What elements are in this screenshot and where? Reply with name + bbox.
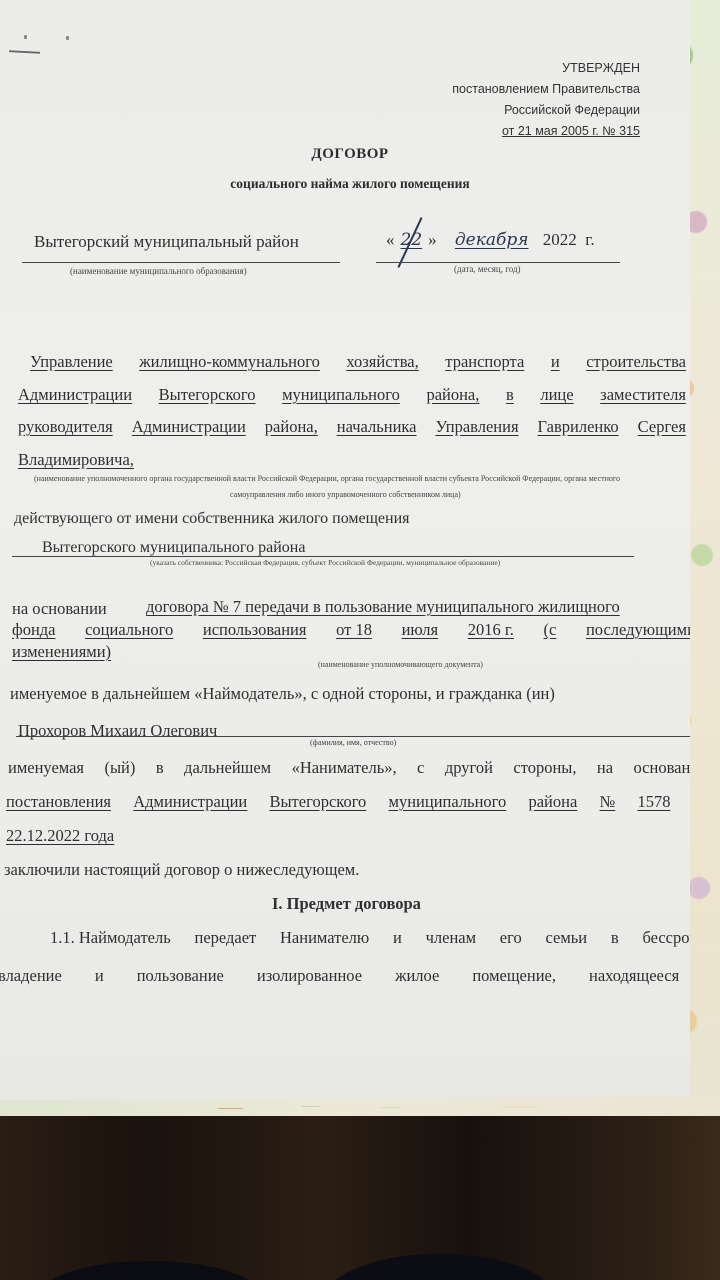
basis-label: на основании bbox=[12, 599, 107, 619]
word: 1578 bbox=[637, 792, 670, 812]
word: начальника bbox=[337, 417, 417, 437]
word: с bbox=[417, 758, 424, 778]
word: изолированное bbox=[257, 966, 362, 986]
landlord-caption: (наименование уполномоченного органа гос… bbox=[34, 474, 620, 483]
word: в bbox=[611, 928, 619, 948]
word: постановления bbox=[6, 792, 111, 812]
word: именуемая bbox=[8, 758, 84, 778]
word: пользование bbox=[137, 966, 224, 986]
word: лице bbox=[540, 385, 573, 405]
word: от 18 bbox=[336, 620, 372, 640]
landlord-last-line: Владимировича, bbox=[18, 450, 134, 470]
tenant-intro: именуемое в дальнейшем «Наймодатель», с … bbox=[10, 684, 555, 704]
word: владение bbox=[0, 966, 62, 986]
word: «Наниматель», bbox=[292, 758, 397, 778]
word: (ый) bbox=[104, 758, 135, 778]
section-paragraph-line: 1.1. Наймодатель передает Нанимателю и ч… bbox=[50, 928, 720, 948]
basis-value-line3: изменениями) bbox=[12, 642, 111, 662]
approval-decree-ref: от 21 мая 2005 г. № 315 bbox=[452, 121, 640, 142]
pen-mark bbox=[66, 36, 69, 40]
word: района, bbox=[265, 417, 318, 437]
word: Вытегорского bbox=[159, 385, 256, 405]
pen-mark bbox=[24, 35, 27, 39]
landlord-line: Администрации Вытегорского муниципальног… bbox=[18, 385, 686, 405]
basis-value: договора № 7 передачи в пользование муни… bbox=[146, 597, 620, 617]
word: жилищно-коммунального bbox=[139, 352, 320, 372]
word: № bbox=[600, 792, 616, 812]
municipality-caption: (наименование муниципального образования… bbox=[70, 266, 247, 276]
word: жилое bbox=[395, 966, 439, 986]
word: Управления bbox=[436, 417, 519, 437]
word: семьи bbox=[545, 928, 587, 948]
landlord-caption: самоуправления либо иного управомоченног… bbox=[230, 490, 461, 499]
date-field: «22» декабря 2022 г. bbox=[386, 230, 595, 250]
date-year: 2022 bbox=[543, 230, 577, 249]
word: дальнейшем bbox=[184, 758, 271, 778]
owner-value: Вытегорского муниципального района bbox=[42, 539, 305, 557]
landlord-line: руководителя Администрации района, начал… bbox=[18, 417, 686, 437]
word: муниципального bbox=[389, 792, 507, 812]
landlord-line: Управление жилищно-коммунального хозяйст… bbox=[18, 352, 686, 372]
approval-block: УТВЕРЖДЕН постановлением Правительства Р… bbox=[452, 58, 640, 142]
word: и bbox=[393, 928, 402, 948]
word: использования bbox=[203, 620, 307, 640]
tenant-name-caption: (фамилия, имя, отчество) bbox=[310, 738, 396, 747]
tenant-line: именуемая (ый) в дальнейшем «Наниматель»… bbox=[8, 758, 708, 778]
word: Нанимателю bbox=[280, 928, 369, 948]
dark-background bbox=[0, 1116, 720, 1280]
quote: » bbox=[428, 230, 437, 249]
word: последующими bbox=[586, 620, 696, 640]
word: Сергея bbox=[638, 417, 686, 437]
word: Администрации bbox=[132, 417, 246, 437]
word: стороны, bbox=[513, 758, 576, 778]
word: (с bbox=[544, 620, 557, 640]
word: июля bbox=[402, 620, 439, 640]
field-underline bbox=[376, 262, 620, 263]
tenant-basis-date: 22.12.2022 года bbox=[6, 826, 114, 846]
approval-line: УТВЕРЖДЕН bbox=[452, 58, 640, 79]
word: в bbox=[506, 385, 514, 405]
word: его bbox=[500, 928, 522, 948]
owner-caption: (указать собственника: Российская Федера… bbox=[150, 558, 500, 567]
tenant-name: Прохоров Михаил Олегович bbox=[18, 721, 217, 741]
word: района bbox=[528, 792, 577, 812]
word: в bbox=[156, 758, 164, 778]
approval-line: постановлением Правительства bbox=[452, 79, 640, 100]
concluded-text: заключили настоящий договор о нижеследую… bbox=[4, 860, 359, 880]
field-underline bbox=[12, 556, 634, 557]
word: членам bbox=[426, 928, 476, 948]
pen-mark bbox=[9, 50, 40, 54]
document-page: УТВЕРЖДЕН постановлением Правительства Р… bbox=[0, 0, 690, 1108]
word: заместителя bbox=[600, 385, 686, 405]
word: руководителя bbox=[18, 417, 113, 437]
section-heading: I. Предмет договора bbox=[272, 894, 421, 914]
document-title: ДОГОВОР bbox=[0, 146, 700, 163]
basis-caption: (наименование уполномочивающего документ… bbox=[318, 660, 483, 669]
section-paragraph-line: владение и пользование изолированное жил… bbox=[0, 966, 720, 986]
basis-value-line2: фонда социального использования от 18 ию… bbox=[12, 620, 696, 640]
word: Управление bbox=[30, 352, 113, 372]
date-month: декабря bbox=[441, 230, 539, 250]
word: передает bbox=[195, 928, 257, 948]
word: 2016 г. bbox=[468, 620, 514, 640]
tenant-line: постановления Администрации Вытегорского… bbox=[6, 792, 708, 812]
word: района, bbox=[426, 385, 479, 405]
word: Вытегорского bbox=[269, 792, 366, 812]
word: хозяйства, bbox=[346, 352, 418, 372]
field-underline bbox=[16, 736, 692, 737]
document-subtitle: социального найма жилого помещения bbox=[0, 176, 700, 192]
word: и bbox=[551, 352, 560, 372]
word: строительства bbox=[586, 352, 686, 372]
word: находящееся bbox=[589, 966, 679, 986]
word: Администрации bbox=[133, 792, 247, 812]
approval-line: Российской Федерации bbox=[452, 100, 640, 121]
word: социального bbox=[85, 620, 173, 640]
word: транспорта bbox=[445, 352, 524, 372]
field-underline bbox=[22, 262, 340, 263]
word: муниципального bbox=[282, 385, 400, 405]
word: помещение, bbox=[472, 966, 556, 986]
municipality-field: Вытегорский муниципальный район bbox=[34, 232, 299, 252]
word: 1.1. Наймодатель bbox=[50, 928, 171, 948]
word: Администрации bbox=[18, 385, 132, 405]
word: на bbox=[597, 758, 613, 778]
owner-intro: действующего от имени собственника жилог… bbox=[14, 510, 410, 528]
word: и bbox=[95, 966, 104, 986]
word: Гавриленко bbox=[538, 417, 619, 437]
date-year-suffix: г. bbox=[585, 230, 594, 249]
word: другой bbox=[445, 758, 493, 778]
date-caption: (дата, месяц, год) bbox=[454, 264, 521, 274]
quote: « bbox=[386, 230, 395, 249]
word: фонда bbox=[12, 620, 56, 640]
